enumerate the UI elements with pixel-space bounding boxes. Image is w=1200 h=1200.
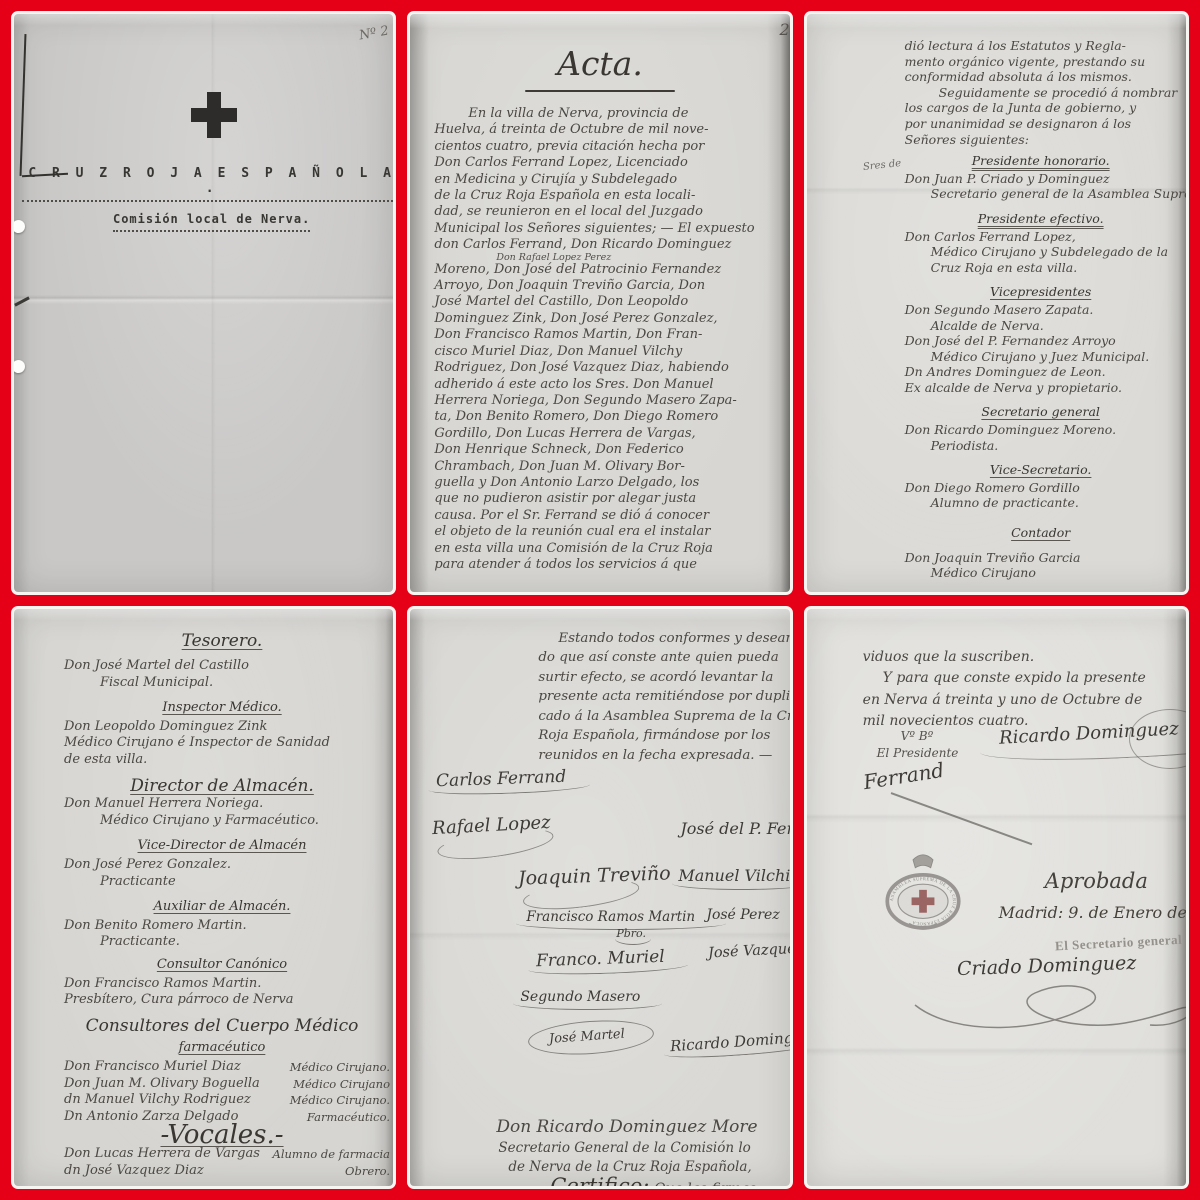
text-line: Seguidamente se procedió á nombrar xyxy=(905,85,1177,101)
text-line: Dn Antonio Zarza DelgadoFarmacéutico. xyxy=(64,1109,380,1126)
text-line: Consultores del Cuerpo Médico xyxy=(64,1018,380,1035)
page-number: 2 xyxy=(779,20,789,39)
text-line: de esta villa. xyxy=(64,752,380,769)
text-line: Médico Cirujano é Inspector de Sanidad xyxy=(64,735,380,752)
signature-joaquin-trevino: Joaquin Treviño xyxy=(518,862,671,889)
cargos-text: dió lectura á los Estatutos y Regla-ment… xyxy=(807,14,1177,581)
text-line: Alcalde de Nerva. xyxy=(905,318,1177,334)
text-line: en esta villa una Comisión de la Cruz Ro… xyxy=(434,541,775,557)
text-line-right: Farmacéutico. xyxy=(307,1109,390,1126)
pen-mark xyxy=(20,34,27,176)
text-line: Señores siguientes: xyxy=(905,132,1177,148)
president-label: El Presidente xyxy=(877,746,959,760)
text-line: Secretario General de la Comisión lo xyxy=(496,1139,792,1158)
visto-bueno-label: Vº Bº xyxy=(901,729,934,743)
text-line: para atender á todos los servicios á que xyxy=(434,557,775,573)
panel-approval: viduos que la suscriben.Y para que const… xyxy=(804,606,1189,1190)
signature-jose-fernandez: José del P. Fernan xyxy=(680,819,792,838)
text-line: Don Joaquin Treviño Garcia xyxy=(905,550,1177,566)
text-line: Dn Andres Dominguez de Leon. xyxy=(905,364,1177,380)
org-name-text: C R U Z R O J A E S P A Ñ O L A . xyxy=(22,166,396,202)
text-line: Médico Cirujano y Juez Municipal. xyxy=(905,349,1177,365)
text-line: Vice-Director de Almacén xyxy=(64,838,380,855)
text-line: Médico Cirujano xyxy=(905,565,1177,581)
text-line: Municipal los Señores siguientes; — El e… xyxy=(434,221,775,237)
text-line: do que así conste ante quien pueda xyxy=(538,648,792,668)
signature-francisco-ramos: Francisco Ramos Martin xyxy=(526,909,695,925)
text-line: Tesorero. xyxy=(64,633,380,650)
text-line: Médico Cirujano y Farmacéutico. xyxy=(64,813,380,830)
cargos-text-2: Tesorero.Don José Martel del CastilloFis… xyxy=(14,609,380,1180)
text-line: -Vocales.- xyxy=(64,1127,380,1144)
text-line: cisco Muriel Diaz, Don Manuel Vilchy xyxy=(434,344,775,360)
text-line: dad, se reunieron en el local del Juzgad… xyxy=(434,204,775,220)
signature-ricardo-dominguez: Ricardo Doming xyxy=(670,1028,793,1055)
closing-text: Estando todos conformes y desean-do que … xyxy=(410,609,792,766)
text-line: en Nerva á treinta y uno de Octubre de xyxy=(863,690,1189,712)
text-line: Don Benito Romero Martin. xyxy=(64,918,380,935)
text-line: adherido á este acto los Sres. Don Manue… xyxy=(434,377,775,393)
text-line: Periodista. xyxy=(905,438,1177,454)
text-line-right: Médico Cirujano. xyxy=(290,1059,390,1076)
text-line: Don Francisco Muriel DiazMédico Cirujano… xyxy=(64,1059,380,1076)
red-cross-icon xyxy=(191,92,237,138)
text-line: Alumno de practicante. xyxy=(905,495,1177,511)
text-line: En la villa de Nerva, provincia de xyxy=(434,106,775,122)
text-line: Vicepresidentes xyxy=(905,284,1177,300)
text-line: Ex alcalde de Nerva y propietario. xyxy=(905,380,1177,396)
text-line: Chrambach, Don Juan M. Olivary Bor- xyxy=(434,459,775,475)
text-line: ta, Don Benito Romero, Don Diego Romero xyxy=(434,409,775,425)
text-line: Presidente honorario. xyxy=(905,153,1177,169)
text-line: Don José del P. Fernandez Arroyo xyxy=(905,333,1177,349)
supreme-assembly-seal: ASAMBLEA SUPREMA DE LA CRUZ ROJA ESPAÑOL… xyxy=(865,847,981,947)
pen-mark xyxy=(14,296,30,306)
text-line: Don Diego Romero Gordillo xyxy=(905,480,1177,496)
text-line: Cruz Roja en esta villa. xyxy=(905,260,1177,276)
text-line: en Medicina y Cirujía y Subdelegado xyxy=(434,172,775,188)
signature-jose-perez: José Perez xyxy=(706,907,779,923)
org-name-title: C R U Z R O J A E S P A Ñ O L A . xyxy=(14,166,396,202)
cover-page-number: Nº 2 xyxy=(358,24,390,44)
signature-carlos-ferrand: Carlos Ferrand xyxy=(436,766,567,791)
text-line: dn José Vazquez DiazObrero. xyxy=(64,1163,380,1180)
text-line: José Martel del Castillo, Don Leopoldo xyxy=(434,294,775,310)
heading-rule xyxy=(525,90,675,92)
text-line: Herrera Noriega, Don Segundo Masero Zapa… xyxy=(434,393,775,409)
text-line: Don Francisco Ramos Martin, Don Fran- xyxy=(434,327,775,343)
text-line: Moreno, Don José del Patrocinio Fernande… xyxy=(434,262,775,278)
panel-acta-page2: Sres de dió lectura á los Estatutos y Re… xyxy=(804,11,1189,595)
cover-subtitle: Comisión local de Nerva. xyxy=(14,212,396,232)
text-line: Director de Almacén. xyxy=(64,778,380,795)
text-line: Don Manuel Herrera Noriega. xyxy=(64,796,380,813)
text-line: de la Cruz Roja Española en esta locali- xyxy=(434,188,775,204)
text-line: Don Segundo Masero Zapata. xyxy=(905,302,1177,318)
cover-subtitle-text: Comisión local de Nerva. xyxy=(113,212,310,232)
signature-pbro: Pbro. xyxy=(616,927,646,940)
text-line: Don Leopoldo Dominguez Zink xyxy=(64,719,380,736)
text-line: surtir efecto, se acordó levantar la xyxy=(538,668,792,688)
text-line: viduos que la suscriben. xyxy=(863,647,1189,669)
acta-body-text: En la villa de Nerva, provincia deHuelva… xyxy=(410,106,789,573)
text-line: reunidos en la fecha expresada. — xyxy=(538,746,792,766)
signature-ferrand: Ferrand xyxy=(861,757,945,793)
certifico-rest: Que las firmas xyxy=(650,1181,757,1190)
panel-acta-page1: 2 Acta. En la villa de Nerva, provincia … xyxy=(407,11,792,595)
text-line: que no pudieron asistir por alegar justa xyxy=(434,491,775,507)
text-line: causa. Por el Sr. Ferrand se dió á conoc… xyxy=(434,508,775,524)
text-line: Practicante xyxy=(64,874,380,891)
text-line: Secretario general xyxy=(905,404,1177,420)
text-line: el objeto de la reunión cual era el inst… xyxy=(434,524,775,540)
text-line: Auxiliar de Almacén. xyxy=(64,899,380,916)
secretary-general-stamp: El Secretario general xyxy=(1054,931,1182,954)
text-line: cado á la Asamblea Suprema de la Cruz xyxy=(538,707,792,727)
text-line: Presidente efectivo. xyxy=(905,211,1177,227)
text-line: Secretario general de la Asamblea Supre- xyxy=(905,186,1177,202)
text-line: Don Carlos Ferrand Lopez, xyxy=(905,229,1177,245)
seal-crown-icon xyxy=(913,854,933,867)
signature-jose-vazquez: José Vazquez xyxy=(708,940,793,961)
text-line: farmacéutico xyxy=(64,1040,380,1057)
acta-heading: Acta. xyxy=(410,44,789,83)
signature-rafael-lopez: Rafael Lopez xyxy=(432,811,552,838)
text-line: Inspector Médico. xyxy=(64,700,380,717)
text-line: dió lectura á los Estatutos y Regla- xyxy=(905,38,1177,54)
text-line: por unanimidad se designaron á los xyxy=(905,116,1177,132)
text-line: conformidad absoluta á los mismos. xyxy=(905,69,1177,85)
certification-text: Don Ricardo Dominguez MoreSecretario Gen… xyxy=(496,1115,792,1177)
text-line-right: Médico Cirujano xyxy=(293,1076,390,1093)
text-line: Consultor Canónico xyxy=(64,957,380,974)
text-line: Huelva, á treinta de Octubre de mil nove… xyxy=(434,122,775,138)
text-line: dn Manuel Vilchy RodriguezMédico Cirujan… xyxy=(64,1092,380,1109)
text-line: mento orgánico vigente, prestando su xyxy=(905,54,1177,70)
panel-signatures: Estando todos conformes y desean-do que … xyxy=(407,606,792,1190)
signature-flourish xyxy=(895,975,1189,1045)
text-line-right: Obrero. xyxy=(345,1163,390,1180)
text-line: Practicante. xyxy=(64,934,380,951)
text-line: Don Carlos Ferrand Lopez, Licenciado xyxy=(434,155,775,171)
text-line: Don José Martel del Castillo xyxy=(64,658,380,675)
certifico-line: Certifico: Que las firmas xyxy=(550,1174,756,1190)
text-line: Médico Cirujano y Subdelegado de la xyxy=(905,244,1177,260)
text-line: Don Ricardo Dominguez Moreno. xyxy=(905,422,1177,438)
seal-cross-bar xyxy=(911,897,934,905)
text-line: Contador xyxy=(905,525,1177,541)
approved-date: Madrid: 9. de Enero de 1905 xyxy=(999,903,1189,922)
text-line: Y para que conste expido la presente xyxy=(863,668,1189,690)
binder-hole xyxy=(12,360,25,373)
text-line: Don Francisco Ramos Martin. xyxy=(64,976,380,993)
panel-acta-page3: Tesorero.Don José Martel del CastilloFis… xyxy=(11,606,396,1190)
text-line: Fiscal Municipal. xyxy=(64,675,380,692)
certifico-word: Certifico: xyxy=(550,1174,649,1190)
approved-note: Aprobada xyxy=(1045,869,1148,893)
document-collage: Nº 2 C R U Z R O J A E S P A Ñ O L A . C… xyxy=(0,0,1200,1200)
text-line: Don Juan M. Olivary BoguellaMédico Ciruj… xyxy=(64,1076,380,1093)
text-line: los cargos de la Junta de gobierno, y xyxy=(905,100,1177,116)
text-line: Don José Perez Gonzalez. xyxy=(64,857,380,874)
signature-francisco-muriel: Franco. Muriel xyxy=(536,946,665,970)
text-line: Presbítero, Cura párroco de Nerva xyxy=(64,992,380,1009)
text-line: guella y Don Antonio Larzo Delgado, los xyxy=(434,475,775,491)
text-line: Estando todos conformes y desean- xyxy=(538,629,792,649)
signature-jose-martel: José Martel xyxy=(527,1016,655,1058)
panel-cover: Nº 2 C R U Z R O J A E S P A Ñ O L A . C… xyxy=(11,11,396,595)
text-line-right: Médico Cirujano. xyxy=(290,1092,390,1109)
text-line-right: Alumno de farmacia xyxy=(273,1146,390,1163)
binder-hole xyxy=(12,220,25,233)
approval-closing-text: viduos que la suscriben.Y para que const… xyxy=(807,609,1189,733)
text-line: Rodriguez, Don José Vazquez Diaz, habien… xyxy=(434,360,775,376)
text-line: presente acta remitiéndose por dupli- xyxy=(538,687,792,707)
text-line: Vice-Secretario. xyxy=(905,462,1177,478)
signature-segundo-masero: Segundo Masero xyxy=(520,989,640,1005)
text-line: Don Rafael Lopez Perez xyxy=(434,254,775,262)
text-line: Don Henrique Schneck, Don Federico xyxy=(434,442,775,458)
text-line: Dominguez Zink, Don José Perez Gonzalez, xyxy=(434,311,775,327)
text-line: Don Juan P. Criado y Dominguez xyxy=(905,171,1177,187)
text-line: Don Lucas Herrera de VargasAlumno de far… xyxy=(64,1146,380,1163)
text-line: Gordillo, Don Lucas Herrera de Vargas, xyxy=(434,426,775,442)
text-line: Don Ricardo Dominguez More xyxy=(496,1115,792,1139)
signature-manuel-vilchy: Manuel Vilchi xyxy=(678,866,790,885)
text-line: Roja Española, firmándose por los xyxy=(538,726,792,746)
text-line: Arroyo, Don Joaquin Treviño Garcia, Don xyxy=(434,278,775,294)
text-line: cientos cuatro, previa citación hecha po… xyxy=(434,139,775,155)
